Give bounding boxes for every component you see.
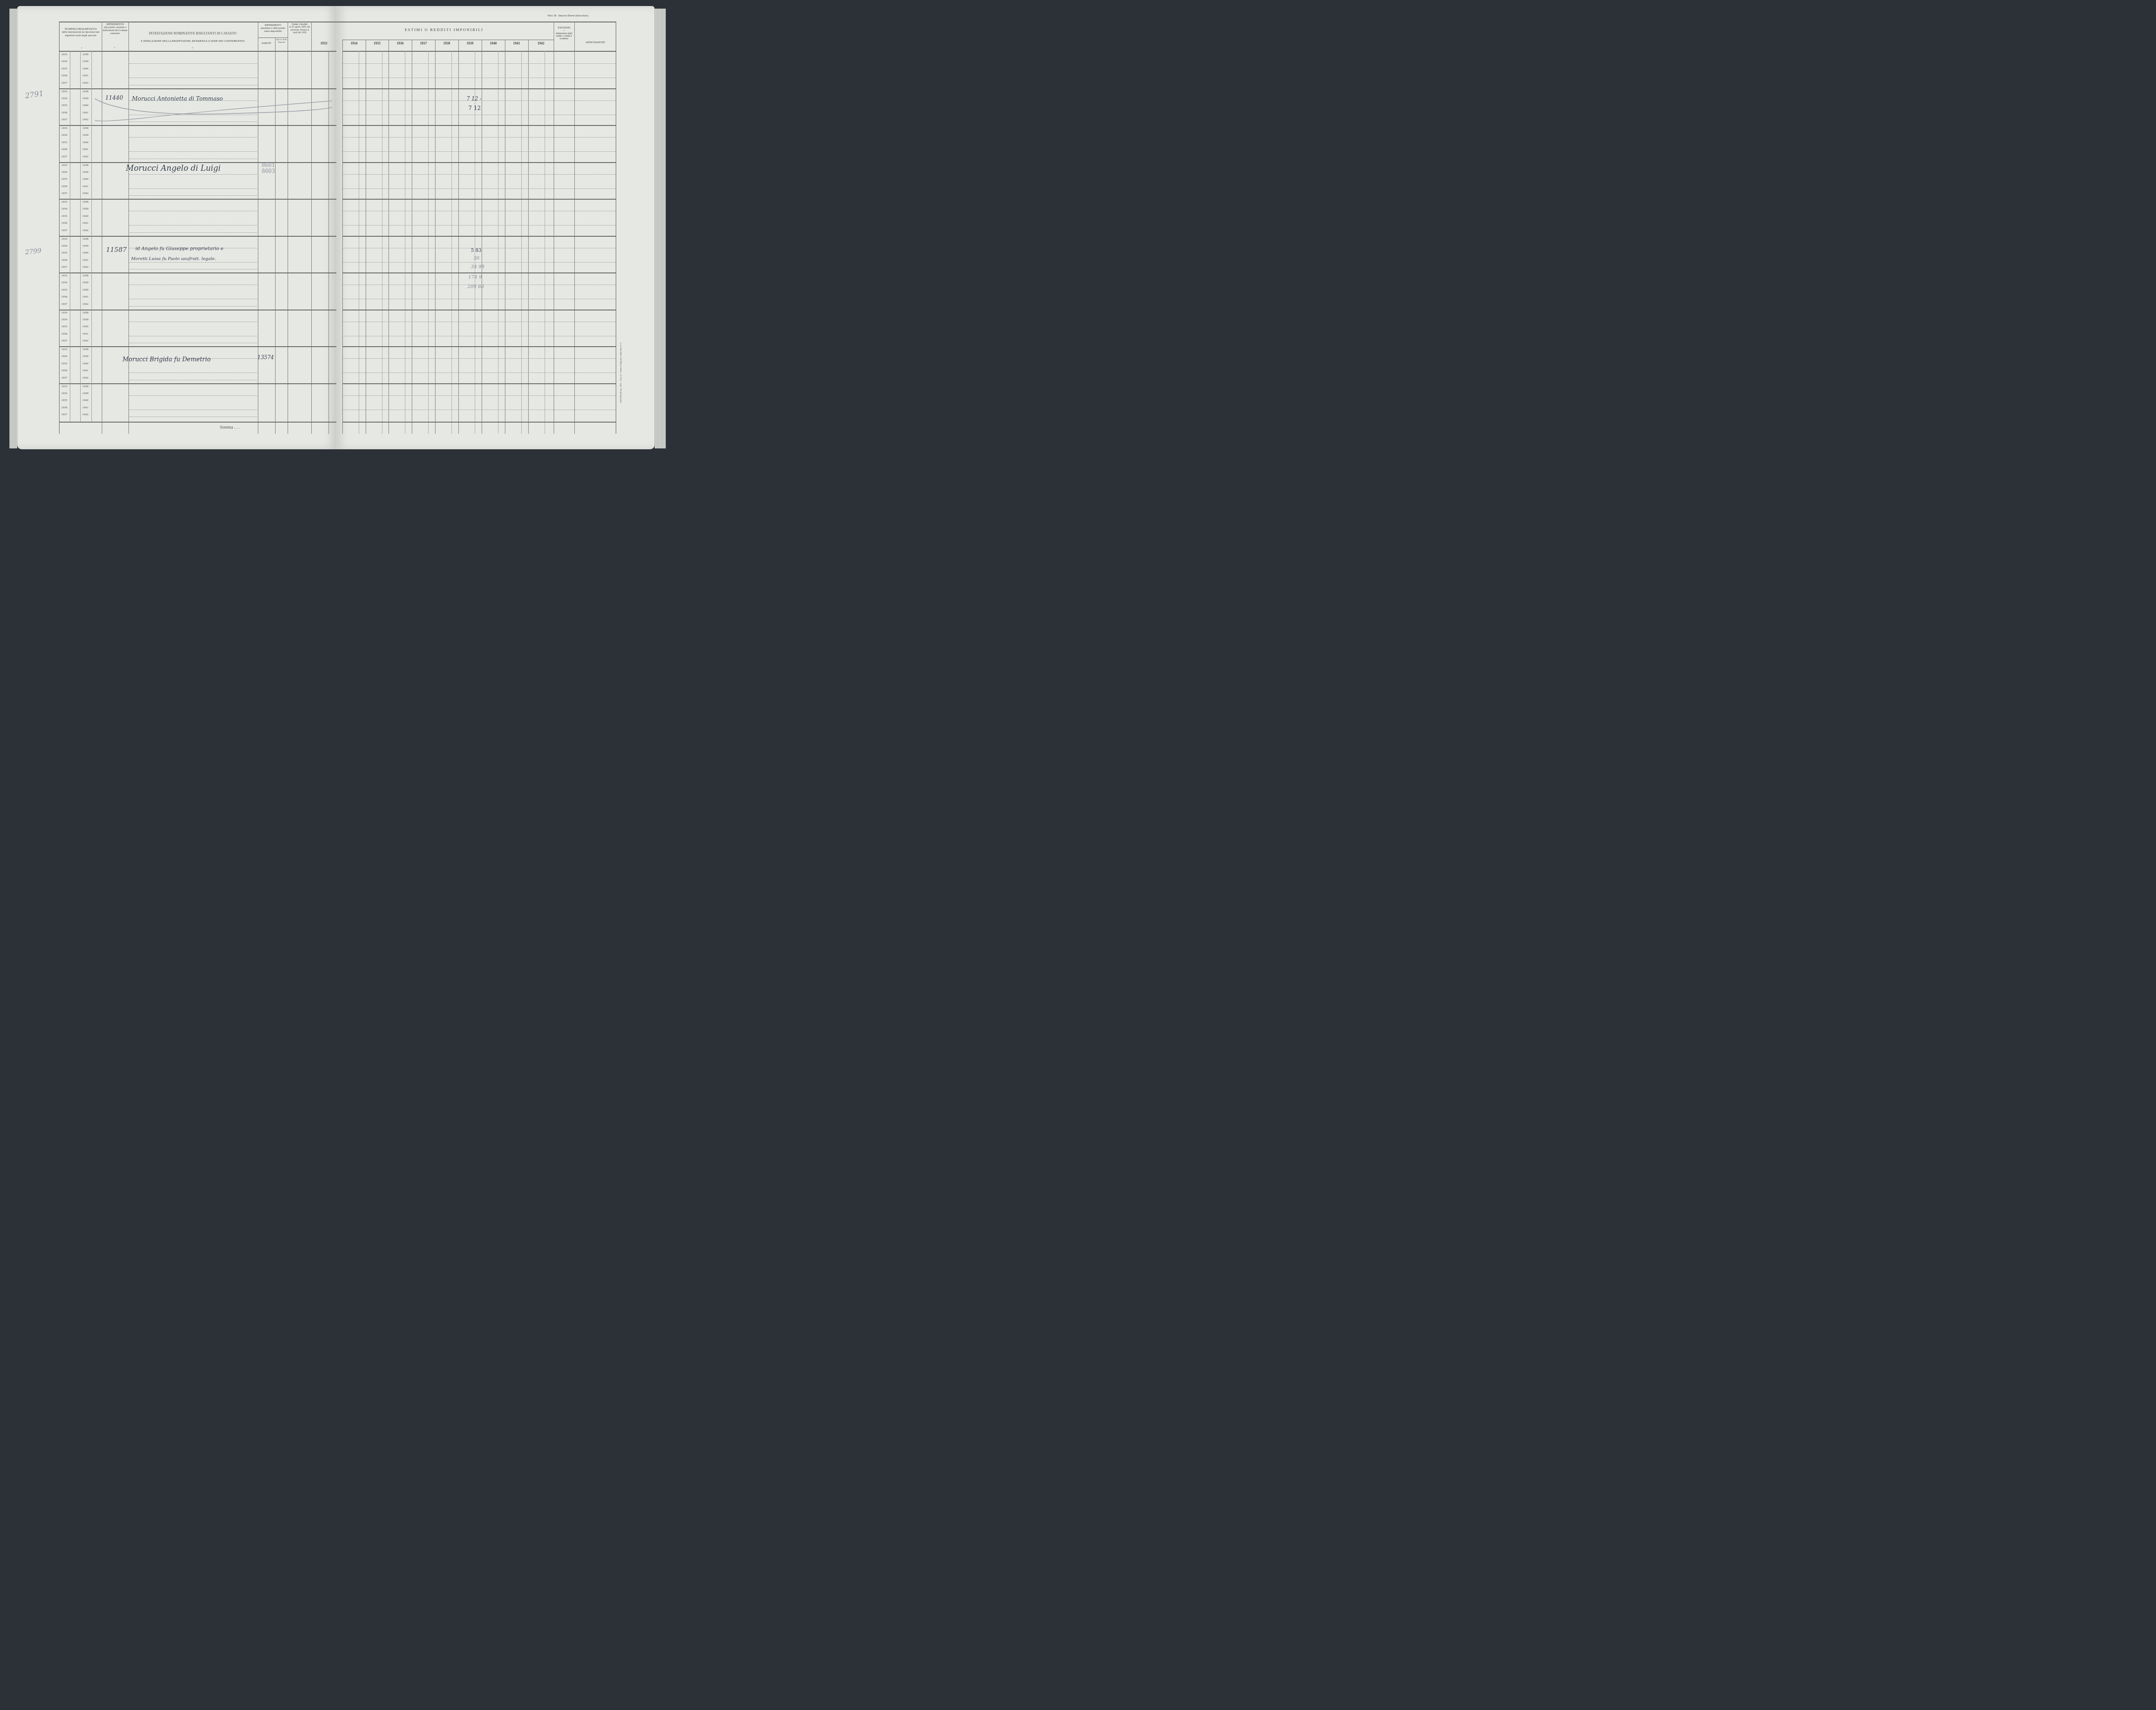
col-divider xyxy=(574,22,575,434)
year-label: 1933 xyxy=(61,237,67,241)
year-label: 1934 xyxy=(61,133,67,137)
esenzioni-sub: Ammontare degli estimi o redditi e scade… xyxy=(554,32,574,41)
year-label: 1940 xyxy=(82,177,88,181)
year-label: 1938 xyxy=(82,237,88,241)
ruled-line xyxy=(129,78,257,78)
page-stack-right-edge xyxy=(655,9,666,448)
cents-divider xyxy=(428,51,429,434)
ruled-line xyxy=(129,63,257,64)
esenzioni-header: ESENZIONI — Ammontare degli estimi o red… xyxy=(554,27,574,41)
col2-sub: alla partita catastale e indicazioni del… xyxy=(102,26,128,35)
year-label: 1937 xyxy=(61,118,67,121)
estimi-1939-value: 7 12 - xyxy=(467,96,482,102)
entry-separator xyxy=(342,310,616,310)
estimi-1939-value: 5 83 xyxy=(471,247,482,253)
rows-bottom-rule xyxy=(59,422,336,423)
year-label: 1934 xyxy=(61,318,67,321)
year-label: 1937 xyxy=(61,81,67,85)
col-divider xyxy=(258,22,258,434)
ruled-line xyxy=(342,174,616,175)
year-label: 1933 xyxy=(61,126,67,130)
year-label: 1938 xyxy=(82,348,88,351)
year-label: 1938 xyxy=(82,163,88,167)
ruled-line xyxy=(129,299,257,299)
col-divider xyxy=(366,40,366,434)
col-divider xyxy=(389,40,389,434)
year-label: 1939 xyxy=(82,170,88,174)
taxpayer-name-line2: Moretti Luisa fu Paolo usufrutt. legale. xyxy=(131,257,216,261)
col1-num: 1 xyxy=(81,47,82,50)
pencil-calculation: 34 98 xyxy=(471,264,485,269)
ruled-line xyxy=(342,115,616,115)
year-label: 1936 xyxy=(61,369,67,372)
specie-label: Specie della Imposta xyxy=(276,39,288,44)
year-label: 1934 xyxy=(61,207,67,210)
year-label: 1942 xyxy=(82,376,88,379)
ruled-line xyxy=(342,137,616,138)
ruled-line xyxy=(129,225,257,225)
rows-bottom-rule xyxy=(342,422,616,423)
col1-header: NUMERO PROGRESSIVO delle intestazioni da… xyxy=(60,28,102,37)
ruled-line xyxy=(129,188,257,189)
ruled-line xyxy=(342,262,616,263)
ruled-line xyxy=(129,322,257,322)
years-rule xyxy=(342,40,554,40)
year-label: 1942 xyxy=(82,302,88,306)
margin-note: 2791 xyxy=(25,89,44,100)
col7-year: 1933 xyxy=(311,41,336,45)
cents-divider xyxy=(405,51,405,434)
year-label: 1935 xyxy=(61,141,67,144)
col2-header: RIFERIMENTO alla partita catastale e ind… xyxy=(102,23,128,35)
form-code: Mod. III - Imposte Dirette (Intercalare)… xyxy=(548,15,589,18)
year-label: 1942 xyxy=(82,155,88,158)
year-label: 1940 xyxy=(82,103,88,107)
col-divider xyxy=(311,22,312,434)
year-label: 1935 xyxy=(61,288,67,291)
cents-divider xyxy=(382,51,382,434)
ruled-line xyxy=(342,299,616,299)
year-label: 1937 xyxy=(61,376,67,379)
header-top-rule xyxy=(59,22,336,22)
printer-note-container: (4103581) Roma, 1931 - Anno X - Istituto… xyxy=(620,329,624,416)
year-label: 1938 xyxy=(82,90,88,93)
partita-number: 8603 xyxy=(262,168,275,174)
ruled-line xyxy=(129,137,257,138)
year-label: 1938 xyxy=(82,385,88,388)
entry-separator xyxy=(59,88,336,89)
ref-number: 11587 xyxy=(106,246,127,254)
cents-divider xyxy=(498,51,498,434)
year-label: 1933 xyxy=(61,200,67,204)
year-label: 1941 xyxy=(82,258,88,262)
cents-divider xyxy=(359,51,359,434)
col-subdivider xyxy=(80,51,81,422)
year-label: 1941 xyxy=(82,332,88,335)
year-label: 1942 xyxy=(82,229,88,232)
year-column-header: 1941 xyxy=(505,41,528,45)
col2-num: 2 xyxy=(114,47,115,50)
year-column-header: 1938 xyxy=(435,41,458,45)
year-label: 1933 xyxy=(61,90,67,93)
col-divider xyxy=(128,22,129,434)
col3-title: INTESTAZIONI NOMINATIVE RISULTANTI IN CA… xyxy=(130,32,255,36)
year-label: 1941 xyxy=(82,406,88,409)
year-label: 1937 xyxy=(61,339,67,342)
ruled-line xyxy=(342,78,616,78)
year-label: 1938 xyxy=(82,311,88,314)
year-label: 1940 xyxy=(82,214,88,218)
year-label: 1937 xyxy=(61,302,67,306)
year-label: 1941 xyxy=(82,295,88,298)
strikethrough-mark xyxy=(91,97,336,127)
entry-separator xyxy=(342,199,616,200)
ruled-line xyxy=(129,417,257,417)
ruled-line xyxy=(342,410,616,410)
taxpayer-name: id Angelo fu Giuseppe proprietario e xyxy=(135,246,223,251)
ruled-line xyxy=(129,174,257,175)
year-label: 1936 xyxy=(61,406,67,409)
year-column-header: 1935 xyxy=(366,41,389,45)
year-label: 1941 xyxy=(82,111,88,114)
entry-separator xyxy=(59,162,336,163)
ruled-line xyxy=(129,410,257,410)
year-label: 1936 xyxy=(61,147,67,151)
year-label: 1934 xyxy=(61,391,67,395)
year-label: 1933 xyxy=(61,274,67,277)
col-divider xyxy=(458,40,459,434)
year-label: 1935 xyxy=(61,177,67,181)
year-label: 1937 xyxy=(61,413,67,416)
taxpayer-name: Morucci Brigida fu Demetrio xyxy=(122,356,211,363)
year-label: 1933 xyxy=(61,385,67,388)
year-label: 1939 xyxy=(82,318,88,321)
year-label: 1942 xyxy=(82,265,88,269)
page-stack-left-edge xyxy=(9,9,17,448)
year-label: 1942 xyxy=(82,118,88,121)
estimi-1939-value: 7 12 xyxy=(468,105,481,112)
year-label: 1935 xyxy=(61,398,67,402)
year-column-header: 1934 xyxy=(342,41,366,45)
year-label: 1940 xyxy=(82,67,88,70)
year-column-header: 1939 xyxy=(458,41,482,45)
col1-sub: delle intestazioni da riportarsi nei ris… xyxy=(60,31,102,37)
ruled-line xyxy=(129,159,257,159)
year-label: 1937 xyxy=(61,229,67,232)
ruled-line xyxy=(342,336,616,336)
year-label: 1937 xyxy=(61,265,67,269)
ruled-line xyxy=(342,373,616,373)
year-label: 1940 xyxy=(82,362,88,365)
year-label: 1939 xyxy=(82,244,88,247)
entry-separator xyxy=(59,236,336,237)
year-label: 1941 xyxy=(82,221,88,225)
year-label: 1933 xyxy=(61,348,67,351)
year-label: 1937 xyxy=(61,191,67,195)
ruled-line xyxy=(342,225,616,225)
year-label: 1935 xyxy=(61,362,67,365)
entry-separator xyxy=(342,383,616,384)
col-divider xyxy=(505,40,505,434)
year-label: 1941 xyxy=(82,369,88,372)
year-label: 1941 xyxy=(82,147,88,151)
year-label: 1939 xyxy=(82,354,88,358)
col3-sub: E INDICAZIONE DELLA PROFESSIONE, RESIDEN… xyxy=(130,40,255,43)
ruled-line xyxy=(129,269,257,269)
ruled-line xyxy=(342,358,616,359)
ruled-line xyxy=(129,395,257,396)
col6-sub: al 31 agosto 1931 che servirono di base … xyxy=(288,26,311,34)
year-column-header: 1942 xyxy=(528,41,554,45)
ruled-line xyxy=(129,343,257,343)
col45-header: RIFERIMENTI sussidiari e delle partite s… xyxy=(258,24,288,33)
entry-separator xyxy=(342,272,616,273)
pencil-calculation: 174 9 xyxy=(468,274,482,280)
header-top-rule xyxy=(336,22,616,22)
year-label: 1942 xyxy=(82,339,88,342)
taxpayer-name: Morucci Angelo di Luigi xyxy=(126,164,221,173)
col6-header: Estimi o Redditi al 31 agosto 1931 che s… xyxy=(288,23,311,34)
year-label: 1938 xyxy=(82,126,88,130)
cents-divider xyxy=(545,51,545,434)
col2-title: RIFERIMENTO xyxy=(102,23,128,26)
partite-label: PARTITE xyxy=(258,42,275,45)
year-label: 1942 xyxy=(82,413,88,416)
table-left-border xyxy=(59,22,60,434)
ruled-line xyxy=(129,306,257,307)
year-label: 1942 xyxy=(82,191,88,195)
annotazioni-title: ANNOTAZIONI xyxy=(575,41,616,44)
year-label: 1938 xyxy=(82,200,88,204)
year-label: 1935 xyxy=(61,214,67,218)
ruled-line xyxy=(129,151,257,152)
year-label: 1939 xyxy=(82,207,88,210)
col-divider xyxy=(554,22,554,434)
year-label: 1940 xyxy=(82,325,88,328)
entry-separator xyxy=(342,88,616,89)
ruled-line xyxy=(129,211,257,211)
year-label: 1940 xyxy=(82,288,88,291)
year-label: 1933 xyxy=(61,53,67,56)
year-label: 1942 xyxy=(82,81,88,85)
entry-separator xyxy=(59,346,336,347)
ruled-line xyxy=(342,395,616,396)
header-bottom-rule xyxy=(59,51,336,52)
entry-separator xyxy=(342,346,616,347)
entry-separator xyxy=(342,125,616,126)
year-label: 1939 xyxy=(82,97,88,100)
ruled-line xyxy=(129,380,257,380)
year-label: 1935 xyxy=(61,251,67,254)
pencil-calculation: 209 88 xyxy=(467,284,484,289)
year-label: 1934 xyxy=(61,244,67,247)
cents-divider xyxy=(521,51,522,434)
col-divider xyxy=(342,40,343,434)
year-label: 1940 xyxy=(82,398,88,402)
year-label: 1937 xyxy=(61,155,67,158)
year-label: 1936 xyxy=(61,221,67,225)
entry-separator xyxy=(342,236,616,237)
year-label: 1934 xyxy=(61,170,67,174)
ruled-line xyxy=(129,373,257,373)
col-divider xyxy=(482,40,482,434)
year-label: 1934 xyxy=(61,281,67,284)
col1-title: NUMERO PROGRESSIVO xyxy=(60,28,102,31)
ruled-line xyxy=(342,151,616,152)
ruled-line xyxy=(129,285,257,285)
ruled-line xyxy=(342,211,616,211)
year-label: 1936 xyxy=(61,258,67,262)
year-label: 1934 xyxy=(61,60,67,63)
printer-note: (4103581) Roma, 1931 - Anno X - Istituto… xyxy=(620,329,623,416)
year-label: 1941 xyxy=(82,185,88,188)
ruled-line xyxy=(342,322,616,322)
right-page: Mod. III - Imposte Dirette (Intercalare)… xyxy=(336,6,655,449)
ruled-line xyxy=(129,262,257,263)
pencil-calculation: 36 xyxy=(473,255,479,261)
col45-title: RIFERIMENTI xyxy=(258,24,288,27)
estimi-group-title: ESTIMI O REDDITI IMPONIBILI xyxy=(362,28,526,32)
year-label: 1936 xyxy=(61,332,67,335)
cents-divider xyxy=(451,51,452,434)
col-subdivider xyxy=(70,51,70,422)
year-label: 1934 xyxy=(61,97,67,100)
year-label: 1939 xyxy=(82,391,88,395)
entry-separator xyxy=(59,199,336,200)
year-column-header: 1936 xyxy=(389,41,412,45)
col-divider xyxy=(412,40,412,434)
entry-separator xyxy=(59,383,336,384)
col-divider xyxy=(102,22,102,434)
ruled-line xyxy=(342,188,616,189)
margin-note: 2799 xyxy=(25,247,42,256)
entry-separator xyxy=(59,310,336,310)
ruled-line xyxy=(129,85,257,85)
ruled-line xyxy=(342,63,616,64)
col-divider xyxy=(528,40,529,434)
year-column-header: 1937 xyxy=(412,41,435,45)
entry-separator xyxy=(59,272,336,273)
ruled-line xyxy=(129,232,257,233)
year-label: 1938 xyxy=(82,53,88,56)
year-label: 1933 xyxy=(61,163,67,167)
ruled-line xyxy=(129,336,257,336)
somma-label: Somma . . . xyxy=(220,425,240,430)
entry-separator xyxy=(342,162,616,163)
year-label: 1940 xyxy=(82,141,88,144)
year-label: 1940 xyxy=(82,251,88,254)
col3-num: 3 xyxy=(192,47,193,50)
year-label: 1936 xyxy=(61,185,67,188)
ruled-line xyxy=(129,195,257,196)
year-label: 1936 xyxy=(61,74,67,77)
year-column-header: 1940 xyxy=(482,41,505,45)
table-right-border xyxy=(616,22,616,434)
partita-number: 13574 xyxy=(257,354,274,360)
col-divider xyxy=(435,40,436,434)
partita-number: 8601 xyxy=(262,162,275,168)
year-label: 1936 xyxy=(61,111,67,114)
year-label: 1938 xyxy=(82,274,88,277)
year-label: 1939 xyxy=(82,133,88,137)
year-label: 1934 xyxy=(61,354,67,358)
year-label: 1941 xyxy=(82,74,88,77)
year-label: 1936 xyxy=(61,295,67,298)
year-label: 1939 xyxy=(82,60,88,63)
year-label: 1935 xyxy=(61,103,67,107)
year-label: 1935 xyxy=(61,67,67,70)
year-label: 1939 xyxy=(82,281,88,284)
year-label: 1933 xyxy=(61,311,67,314)
col45-sub: sussidiari e delle partite senza imponib… xyxy=(258,27,288,33)
year-label: 1935 xyxy=(61,325,67,328)
col-divider xyxy=(288,22,288,434)
left-page: NUMERO PROGRESSIVO delle intestazioni da… xyxy=(17,6,336,449)
col45-subrule xyxy=(258,38,288,38)
